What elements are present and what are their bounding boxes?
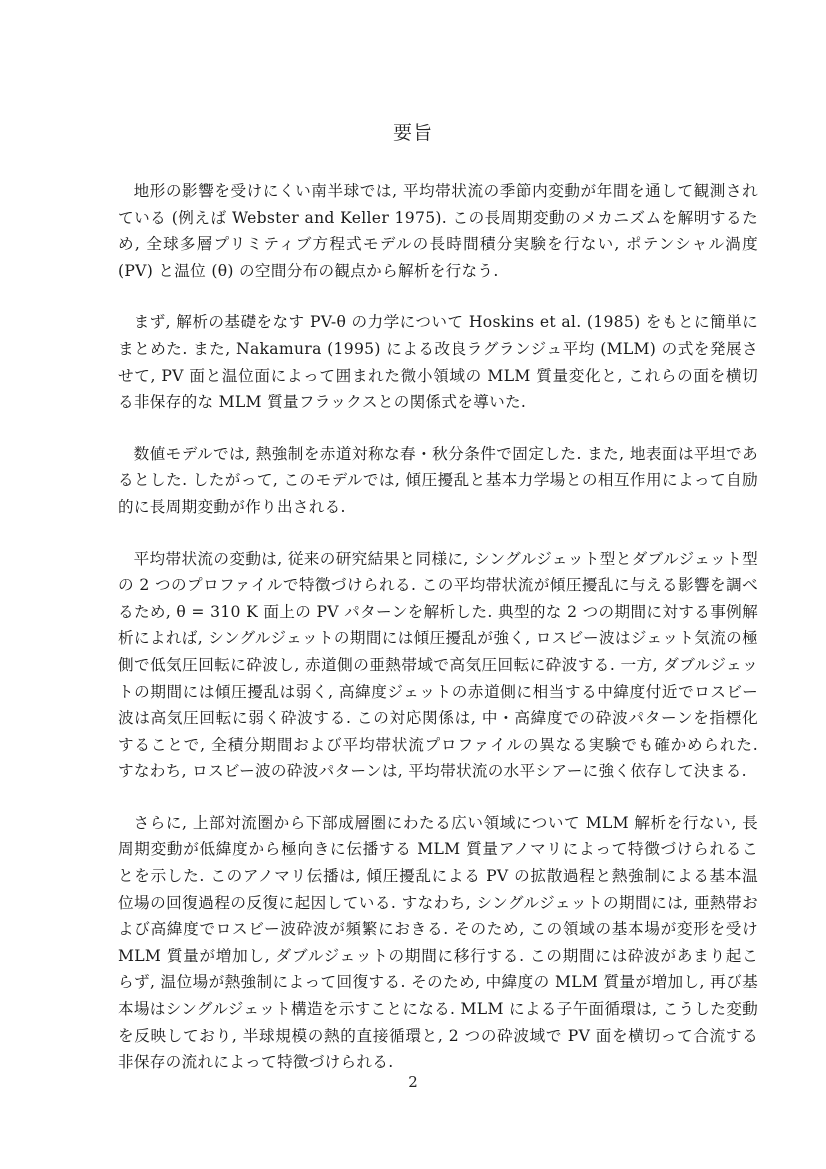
- paragraph-1: 地形の影響を受けにくい南半球では, 平均帯状流の季節内変動が年間を通して観測され…: [118, 178, 758, 284]
- paragraph-3: 数値モデルでは, 熱強制を赤道対称な春・秋分条件で固定した. また, 地表面は平…: [118, 441, 758, 521]
- page-number: 2: [0, 1073, 826, 1091]
- paragraph-4: 平均帯状流の変動は, 従来の研究結果と同様に, シングルジェット型とダブルジェッ…: [118, 546, 758, 785]
- abstract-body: 地形の影響を受けにくい南半球では, 平均帯状流の季節内変動が年間を通して観測され…: [118, 178, 758, 1101]
- abstract-title: 要旨: [0, 118, 826, 145]
- paragraph-2: まず, 解析の基礎をなす PV-θ の力学について Hoskins et al.…: [118, 309, 758, 415]
- document-page: 要旨 地形の影響を受けにくい南半球では, 平均帯状流の季節内変動が年間を通して観…: [0, 0, 826, 1169]
- paragraph-5: さらに, 上部対流圏から下部成層圏にわたる広い領域について MLM 解析を行ない…: [118, 810, 758, 1076]
